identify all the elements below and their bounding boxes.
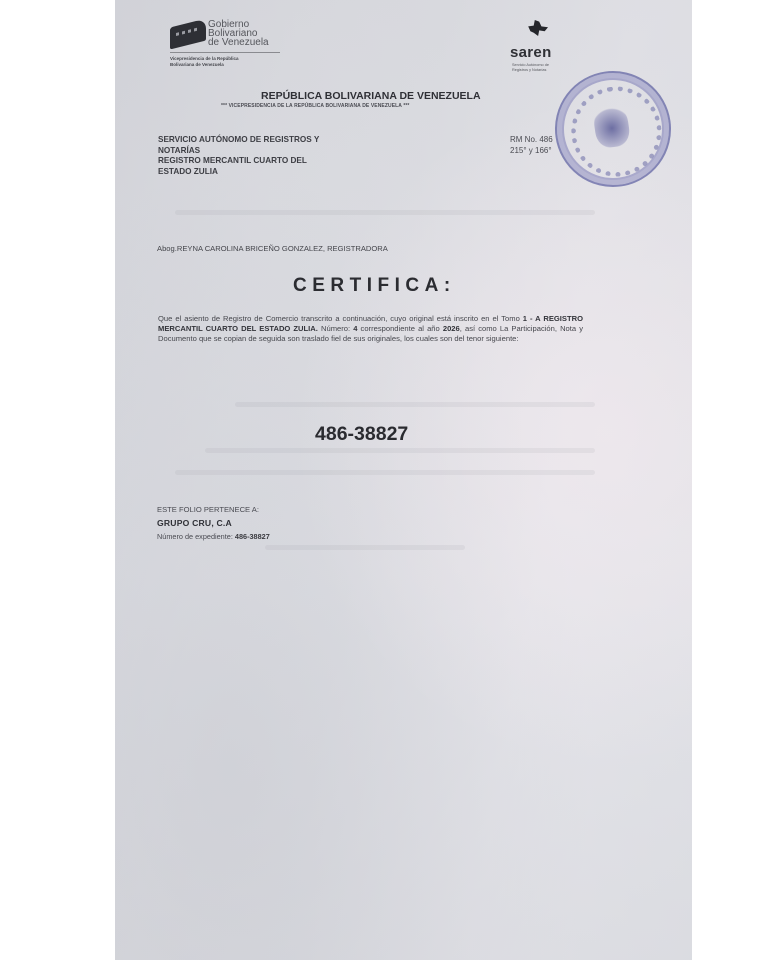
certification-paragraph: Que el asiento de Registro de Comercio t…: [158, 314, 583, 344]
paragraph-text: Número:: [318, 324, 353, 333]
year-value: 2026: [443, 324, 460, 333]
office-line-2: NOTARÍAS: [158, 146, 319, 157]
gobierno-logo-subtitle: Vicepresidencia de la República Bolivari…: [170, 56, 238, 68]
document-subtitle: *** VICEPRESIDENCIA DE LA REPÚBLICA BOLI…: [221, 103, 409, 109]
gobierno-sub-line-2: Bolivariana de Venezuela: [170, 62, 238, 68]
expediente-value: 486-38827: [235, 532, 270, 541]
expediente-label: Número de expediente:: [157, 532, 235, 541]
paragraph-text: correspondiente al año: [357, 324, 442, 333]
bleed-through-line: [265, 545, 465, 550]
office-line-1: SERVICIO AUTÓNOMO DE REGISTROS Y: [158, 135, 319, 146]
venezuela-flag-icon: [170, 19, 206, 50]
office-line-3: REGISTRO MERCANTIL CUARTO DEL: [158, 156, 319, 167]
office-line-4: ESTADO ZULIA: [158, 167, 319, 178]
company-name: GRUPO CRU, C.A: [157, 518, 232, 528]
bleed-through-line: [235, 402, 595, 407]
document-page: Gobierno Bolivariano de Venezuela Vicepr…: [115, 0, 692, 960]
saren-logo: saren Servicio Autónomo de Registros y N…: [510, 18, 570, 78]
registrar-name: Abog.REYNA CAROLINA BRICEÑO GONZALEZ, RE…: [157, 244, 388, 253]
expediente-line: Número de expediente: 486-38827: [157, 532, 270, 541]
gobierno-logo-name: Gobierno Bolivariano de Venezuela: [208, 20, 269, 47]
bleed-through-line: [205, 448, 595, 453]
paragraph-text: Que el asiento de Registro de Comercio t…: [158, 314, 523, 323]
bleed-through-line: [175, 210, 595, 215]
saren-sub-line-2: Registros y Notarías: [512, 68, 549, 73]
years-line: 215° y 166°: [510, 145, 553, 156]
reference-block: RM No. 486 215° y 166°: [510, 134, 553, 156]
folio-label: ESTE FOLIO PERTENECE A:: [157, 505, 259, 514]
logo-divider: [170, 52, 280, 53]
saren-subtitle: Servicio Autónomo de Registros y Notaría…: [512, 63, 549, 72]
official-stamp-seal-icon: [547, 63, 678, 194]
document-title: REPÚBLICA BOLIVARIANA DE VENEZUELA: [261, 90, 481, 102]
saren-map-icon: [526, 20, 548, 36]
saren-sub-line-1: Servicio Autónomo de: [512, 63, 549, 68]
gobierno-line-3: de Venezuela: [208, 38, 269, 47]
rm-number: RM No. 486: [510, 134, 553, 145]
office-block: SERVICIO AUTÓNOMO DE REGISTROS Y NOTARÍA…: [158, 135, 319, 177]
bleed-through-line: [175, 470, 595, 475]
record-number: 486-38827: [315, 423, 408, 446]
saren-wordmark: saren: [510, 44, 552, 61]
certifica-heading: CERTIFICA:: [293, 275, 456, 297]
gobierno-bolivariano-logo: Gobierno Bolivariano de Venezuela Vicepr…: [170, 18, 310, 78]
